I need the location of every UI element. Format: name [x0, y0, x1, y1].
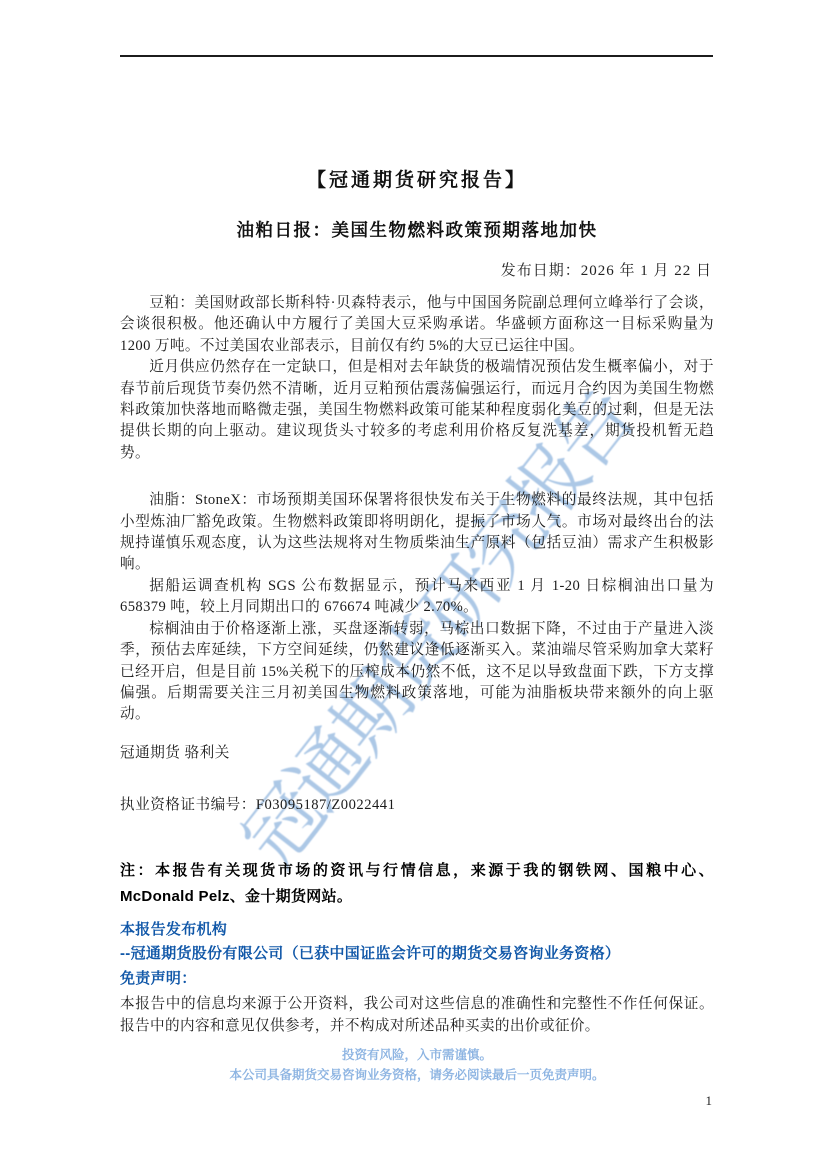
publisher-company: --冠通期货股份有限公司（已获中国证监会许可的期货交易咨询业务资格） — [120, 942, 714, 967]
paragraph-soybean-meal-1: 豆粕：美国财政部长斯科特·贝森特表示，他与中国国务院副总理何立峰举行了会谈，会谈… — [120, 293, 714, 357]
paragraph-oils-2: 据船运调查机构 SGS 公布数据显示，预计马来西亚 1 月 1-20 日棕榈油出… — [120, 576, 714, 619]
report-content: 【冠通期货研究报告】 油粕日报：美国生物燃料政策预期落地加快 发布日期：2026… — [120, 57, 714, 1109]
source-note: 注：本报告有关现货市场的资讯与行情信息，来源于我的钢铁网、国粮中心、McDona… — [120, 858, 714, 910]
analyst-signature: 冠通期货 骆利关 — [120, 743, 714, 764]
paragraph-soybean-meal-2: 近月供应仍然存在一定缺口，但是相对去年缺货的极端情况预估发生概率偏小，对于春节前… — [120, 357, 714, 464]
report-series-title: 【冠通期货研究报告】 — [120, 165, 714, 192]
license-number: 执业资格证书编号：F03095187/Z0022441 — [120, 795, 714, 816]
report-body: 豆粕：美国财政部长斯科特·贝森特表示，他与中国国务院副总理何立峰举行了会谈，会谈… — [120, 293, 714, 726]
report-subtitle: 油粕日报：美国生物燃料政策预期落地加快 — [120, 217, 714, 242]
page-number: 1 — [120, 1093, 712, 1109]
report-page: 冠通期货研究报告 【冠通期货研究报告】 油粕日报：美国生物燃料政策预期落地加快 … — [0, 0, 826, 1169]
publisher-heading: 本报告发布机构 — [120, 918, 714, 943]
paragraph-oils-3: 棕榈油由于价格逐渐上涨，买盘逐渐转弱，马棕出口数据下降，不过由于产量进入淡季，预… — [120, 619, 714, 726]
footer-risk-warning: 投资有风险，入市需谨慎。 — [120, 1045, 714, 1065]
publish-date: 发布日期：2026 年 1 月 22 日 — [120, 259, 712, 280]
publisher-block: 本报告发布机构 --冠通期货股份有限公司（已获中国证监会许可的期货交易咨询业务资… — [120, 918, 714, 992]
footer-qualification: 本公司具备期货交易咨询业务资格，请务必阅读最后一页免责声明。 — [120, 1065, 714, 1085]
disclaimer-heading: 免责声明： — [120, 967, 714, 992]
paragraph-oils-1: 油脂：StoneX：市场预期美国环保署将很快发布关于生物燃料的最终法规，其中包括… — [120, 490, 714, 576]
disclaimer-text: 本报告中的信息均来源于公开资料，我公司对这些信息的准确性和完整性不作任何保证。报… — [120, 993, 714, 1037]
